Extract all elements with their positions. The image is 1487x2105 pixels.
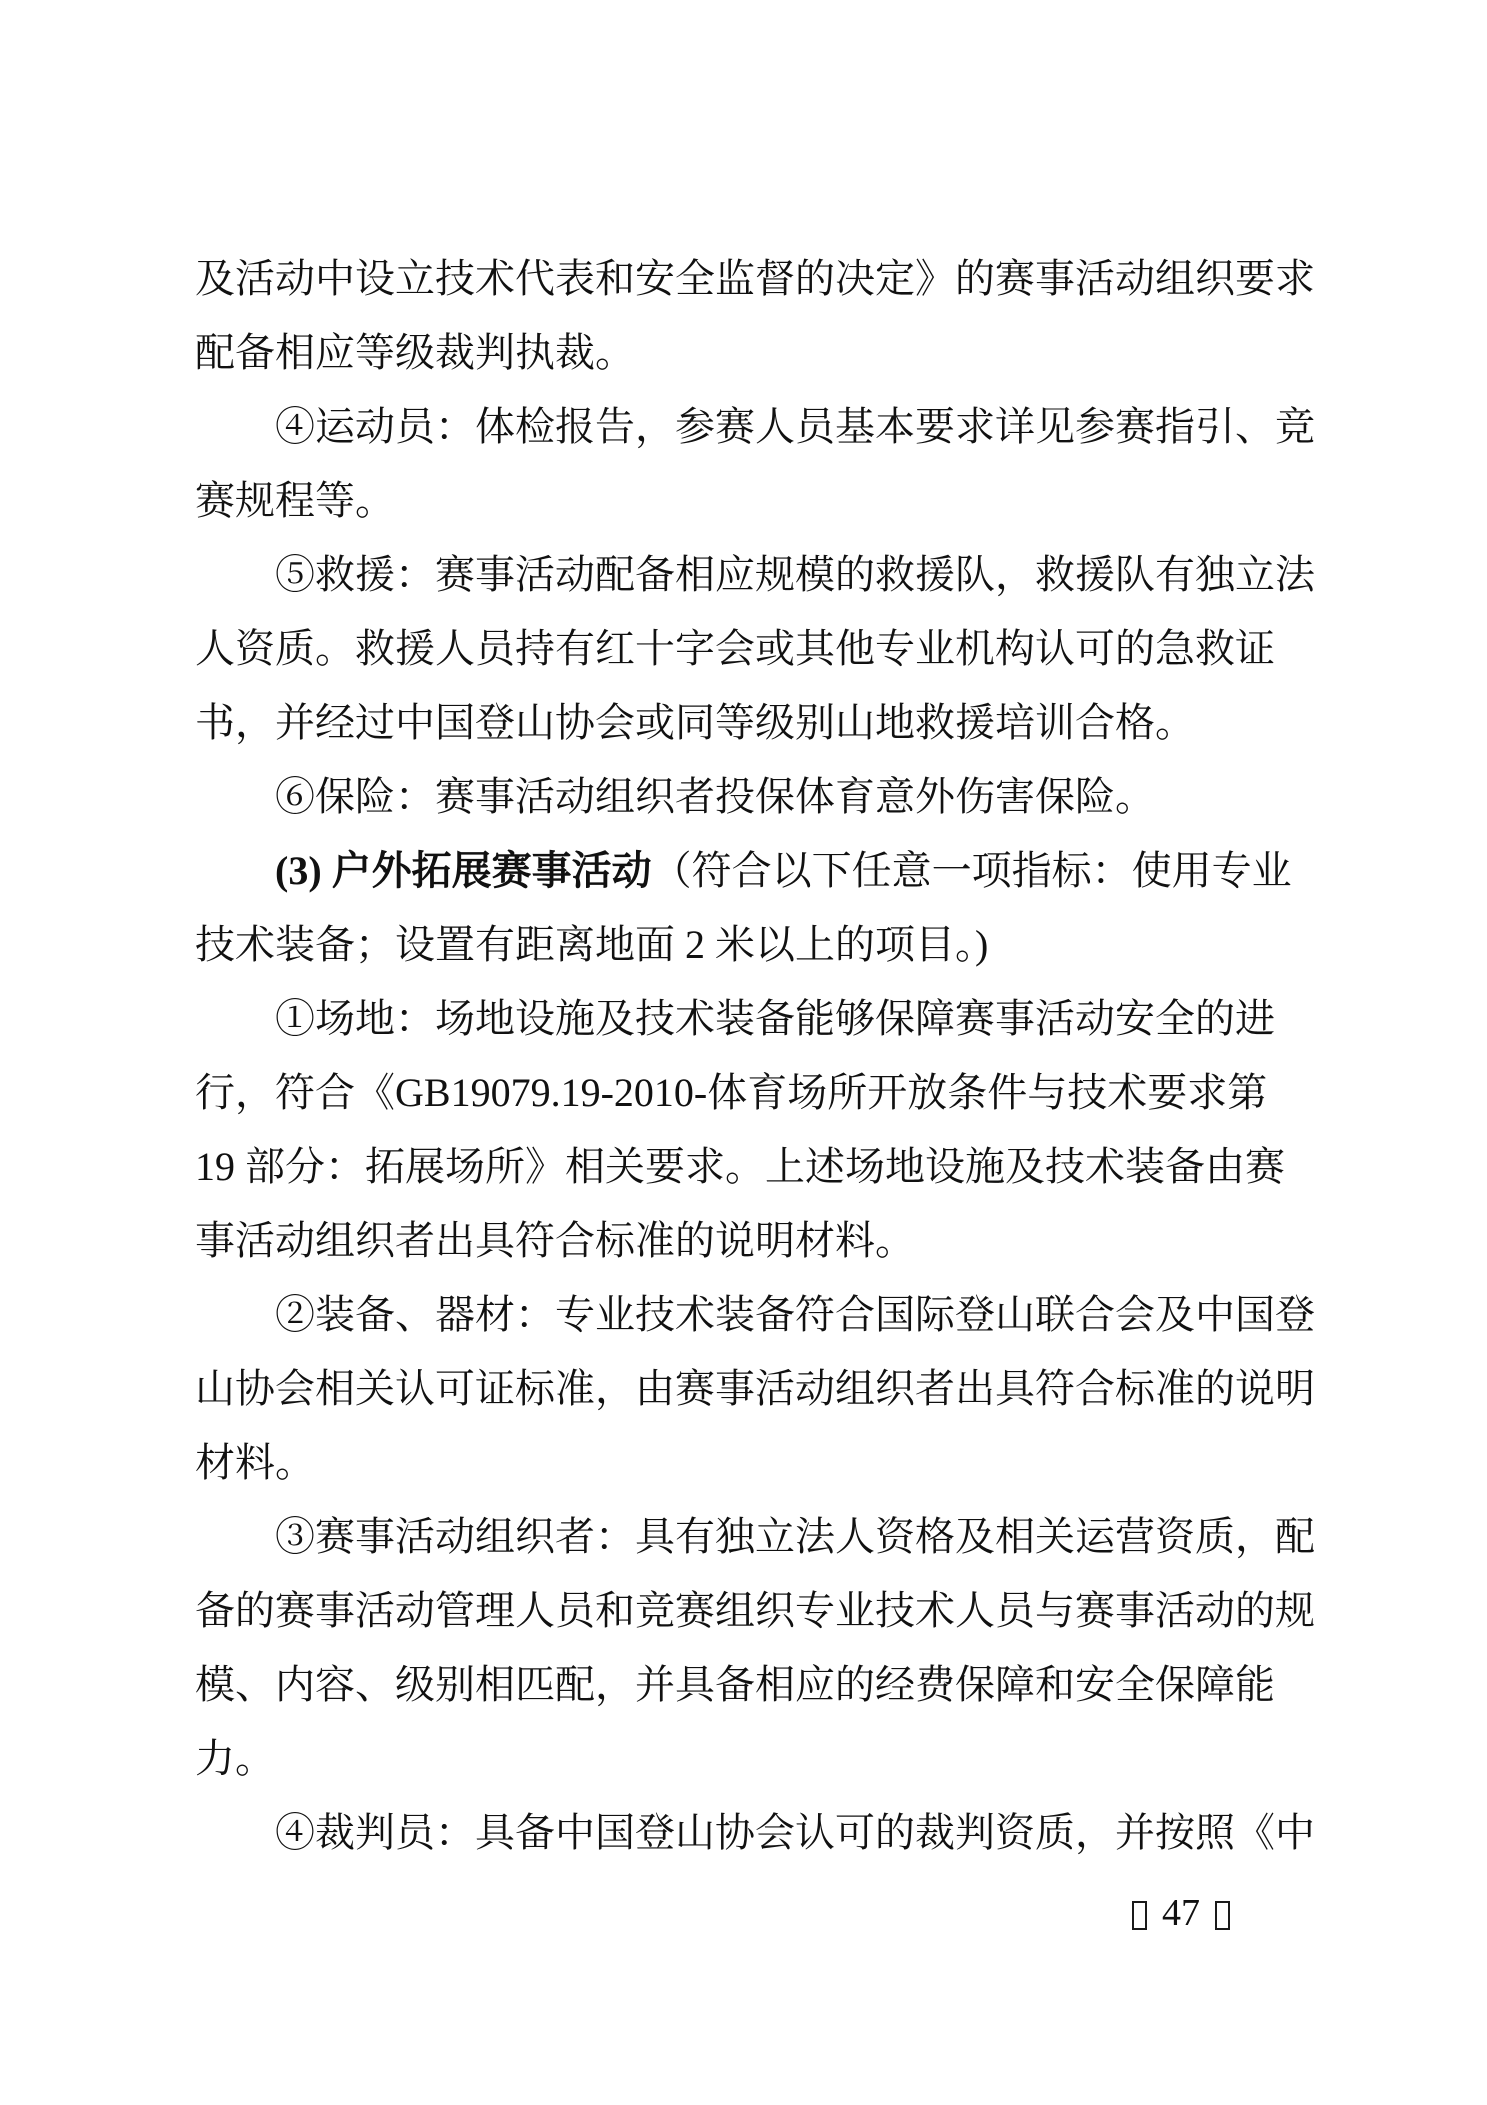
text-line: 赛规程等。 xyxy=(195,464,1395,538)
text-line: ②装备、器材：专业技术装备符合国际登山联合会及中国登 xyxy=(195,1278,1395,1352)
text-line: 人资质。救援人员持有红十字会或其他专业机构认可的急救证 xyxy=(195,612,1395,686)
text-segment: 赛规程等。 xyxy=(195,478,395,523)
text-segment: ①场地：场地设施及技术装备能够保障赛事活动安全的进 xyxy=(275,996,1275,1041)
text-line: ⑥保险：赛事活动组织者投保体育意外伤害保险。 xyxy=(195,760,1395,834)
page-number: 47 xyxy=(1162,1894,1200,1932)
text-line: 书，并经过中国登山协会或同等级别山地救援培训合格。 xyxy=(195,686,1395,760)
text-line: 19 部分：拓展场所》相关要求。上述场地设施及技术装备由赛 xyxy=(195,1130,1395,1204)
text-segment: ④裁判员：具备中国登山协会认可的裁判资质，并按照《中 xyxy=(275,1810,1315,1855)
text-line: ④运动员：体检报告，参赛人员基本要求详见参赛指引、竞 xyxy=(195,390,1395,464)
text-segment: 备的赛事活动管理人员和竞赛组织专业技术人员与赛事活动的规 xyxy=(195,1588,1315,1633)
text-segment: 力。 xyxy=(195,1736,275,1781)
text-line: 山协会相关认可证标准，由赛事活动组织者出具符合标准的说明 xyxy=(195,1352,1395,1426)
text-line: ④裁判员：具备中国登山协会认可的裁判资质，并按照《中 xyxy=(195,1796,1395,1870)
page-footer: 47 xyxy=(1132,1896,1230,1934)
text-line: 及活动中设立技术代表和安全监督的决定》的赛事活动组织要求 xyxy=(195,242,1395,316)
text-segment: 书，并经过中国登山协会或同等级别山地救援培训合格。 xyxy=(195,700,1195,745)
text-segment: 及活动中设立技术代表和安全监督的决定》的赛事活动组织要求 xyxy=(195,256,1315,301)
text-segment: ⑥保险：赛事活动组织者投保体育意外伤害保险。 xyxy=(275,774,1155,819)
text-line: 配备相应等级裁判执裁。 xyxy=(195,316,1395,390)
text-line: 备的赛事活动管理人员和竞赛组织专业技术人员与赛事活动的规 xyxy=(195,1574,1395,1648)
text-line: 行，符合《GB19079.19-2010-体育场所开放条件与技术要求第 xyxy=(195,1056,1395,1130)
text-segment: 配备相应等级裁判执裁。 xyxy=(195,330,635,375)
heading-segment: (3) 户外拓展赛事活动 xyxy=(275,848,652,893)
text-line: ③赛事活动组织者：具有独立法人资格及相关运营资质，配 xyxy=(195,1500,1395,1574)
text-line: 材料。 xyxy=(195,1426,1395,1500)
text-segment: 事活动组织者出具符合标准的说明材料。 xyxy=(195,1218,915,1263)
text-segment: ③赛事活动组织者：具有独立法人资格及相关运营资质，配 xyxy=(275,1514,1315,1559)
text-segment: 19 部分：拓展场所》相关要求。上述场地设施及技术装备由赛 xyxy=(195,1144,1285,1189)
text-segment: ②装备、器材：专业技术装备符合国际登山联合会及中国登 xyxy=(275,1292,1315,1337)
document-body: 及活动中设立技术代表和安全监督的决定》的赛事活动组织要求配备相应等级裁判执裁。④… xyxy=(195,242,1395,1870)
text-line: 事活动组织者出具符合标准的说明材料。 xyxy=(195,1204,1395,1278)
text-segment: 人资质。救援人员持有红十字会或其他专业机构认可的急救证 xyxy=(195,626,1275,671)
text-segment: ④运动员：体检报告，参赛人员基本要求详见参赛指引、竞 xyxy=(275,404,1315,449)
text-line: ①场地：场地设施及技术装备能够保障赛事活动安全的进 xyxy=(195,982,1395,1056)
text-line: 模、内容、级别相匹配，并具备相应的经费保障和安全保障能 xyxy=(195,1648,1395,1722)
text-segment: ⑤救援：赛事活动配备相应规模的救援队，救援队有独立法 xyxy=(275,552,1315,597)
text-line: (3) 户外拓展赛事活动（符合以下任意一项指标：使用专业 xyxy=(195,834,1395,908)
text-segment: 技术装备；设置有距离地面 2 米以上的项目。) xyxy=(195,922,988,967)
text-segment: 山协会相关认可证标准，由赛事活动组织者出具符合标准的说明 xyxy=(195,1366,1315,1411)
text-line: ⑤救援：赛事活动配备相应规模的救援队，救援队有独立法 xyxy=(195,538,1395,612)
text-line: 力。 xyxy=(195,1722,1395,1796)
document-page: 及活动中设立技术代表和安全监督的决定》的赛事活动组织要求配备相应等级裁判执裁。④… xyxy=(0,0,1487,2105)
missing-glyph-box-icon xyxy=(1215,1901,1230,1930)
text-line: 技术装备；设置有距离地面 2 米以上的项目。) xyxy=(195,908,1395,982)
text-segment: （符合以下任意一项指标：使用专业 xyxy=(652,848,1292,893)
missing-glyph-box-icon xyxy=(1132,1901,1147,1930)
text-segment: 材料。 xyxy=(195,1440,315,1485)
text-segment: 行，符合《GB19079.19-2010-体育场所开放条件与技术要求第 xyxy=(195,1070,1267,1115)
text-segment: 模、内容、级别相匹配，并具备相应的经费保障和安全保障能 xyxy=(195,1662,1275,1707)
